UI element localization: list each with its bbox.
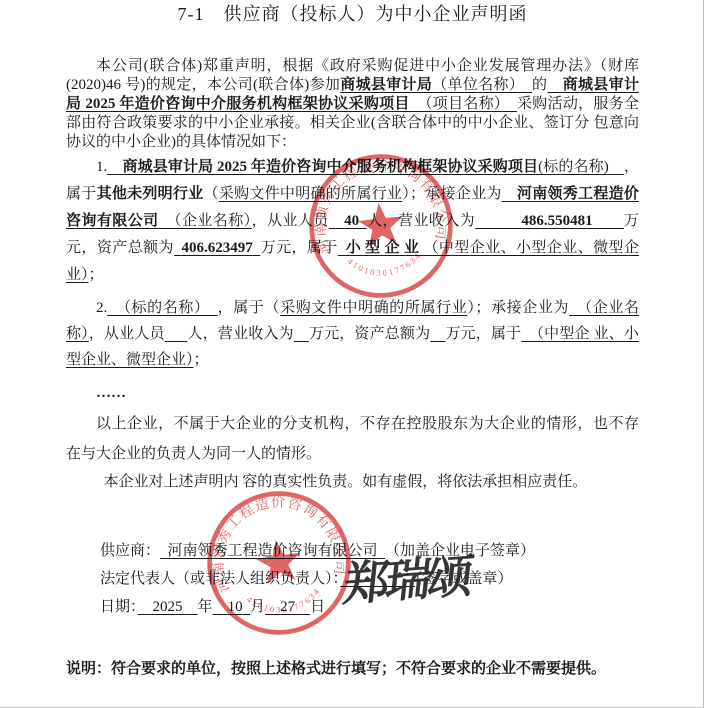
text-segment: ，属于（ xyxy=(218,300,280,316)
legal-representative-signature: 郑瑞颂 xyxy=(341,539,474,614)
text-segment: 日期： xyxy=(100,599,138,615)
text-segment: 486.550481 xyxy=(521,213,592,229)
text-segment: 10 xyxy=(228,599,243,615)
text-segment xyxy=(165,326,188,342)
text-segment: 27 xyxy=(280,599,295,615)
text-segment xyxy=(213,599,228,615)
text-segment: 采购文件中明确的所属行业 xyxy=(280,300,467,316)
text-segment: （项目名称） xyxy=(425,96,502,112)
document-page: 7-1 供应商（投标人）为中小企业声明函 本公司(联合体)郑重声明，根据《政府采… xyxy=(0,0,704,708)
text-segment: 采购文件中明确的所属行业 xyxy=(219,186,402,202)
text-segment: 万元，资产总额为 xyxy=(309,326,430,342)
text-segment: 2025 xyxy=(153,599,183,615)
text-segment xyxy=(547,77,562,93)
text-segment xyxy=(609,159,624,175)
text-segment: ）；承接企业为 xyxy=(402,186,501,202)
text-segment xyxy=(410,96,425,112)
text-segment: （标的名称） xyxy=(107,300,217,316)
text-segment xyxy=(502,96,517,112)
text-segment xyxy=(430,326,445,342)
text-segment: 商城县审计局 2025 年造价咨询中介服务机构框架协议采购项目 xyxy=(122,159,538,175)
text-segment: 1. xyxy=(96,159,107,175)
text-segment: 人，营业收入为 xyxy=(367,213,475,229)
text-segment: (标的名称) xyxy=(538,159,609,175)
text-segment xyxy=(502,186,517,202)
text-segment: ，从业人员 xyxy=(89,326,165,342)
text-segment: 年 xyxy=(198,599,213,615)
text-segment xyxy=(475,213,521,229)
text-segment xyxy=(295,599,310,615)
text-segment: ； xyxy=(89,267,104,283)
ellipsis-line: …… xyxy=(66,383,639,403)
responsibility-paragraph: 本企业对上述声明内 容的真实性负责。如有虚假，将依法承担相应责任。 xyxy=(66,469,639,493)
text-segment: ，从业人员 xyxy=(252,213,329,229)
instruction-note: 说明：符合要求的单位，按照上述格式进行填写；不符合要求的企业不需要提供。 xyxy=(66,659,639,679)
text-segment xyxy=(265,599,280,615)
text-segment xyxy=(160,543,168,559)
text-segment: 的 xyxy=(532,77,547,93)
text-segment: 人，营业收入为 xyxy=(187,326,293,342)
text-segment: 万元，属于 xyxy=(445,326,521,342)
text-segment: 小型企业 xyxy=(345,240,423,256)
text-segment xyxy=(294,326,309,342)
text-segment: 法定代表人（或非法人组织负责人）： xyxy=(100,571,340,587)
no-branch-paragraph: 以上企业，不属于大企业的分支机构，不存在控股股东为大企业的情形，也不存 在与大企… xyxy=(66,409,639,469)
intro-paragraph: 本公司(联合体)郑重声明，根据《政府采购促进中小企业发展管理办法》（财库(202… xyxy=(66,57,639,152)
text-segment: 40 xyxy=(344,213,359,229)
text-segment xyxy=(329,213,344,229)
text-segment xyxy=(593,213,624,229)
text-segment: 供应商： xyxy=(100,543,160,559)
page-title: 7-1 供应商（投标人）为中小企业声明函 xyxy=(66,2,639,26)
text-segment xyxy=(159,213,174,229)
text-segment: 月 xyxy=(250,599,265,615)
text-segment xyxy=(243,599,251,615)
text-segment: 万元，属于 xyxy=(260,240,338,256)
text-segment: 406.623497 xyxy=(181,240,252,256)
text-segment: 商城县审计局 xyxy=(340,77,432,93)
text-segment: 日 xyxy=(310,599,325,615)
text-segment xyxy=(183,599,198,615)
item-1-paragraph: 1. 商城县审计局 2025 年造价咨询中介服务机构框架协议采购项目(标的名称)… xyxy=(66,154,639,289)
text-segment: （企业名称） xyxy=(174,213,252,229)
text-segment: 其他未列明行业 xyxy=(97,186,204,202)
text-segment: ）；承接企业为 xyxy=(467,300,569,316)
item-2-paragraph: 2. （标的名称） ，属于（采购文件中明确的所属行业）；承接企业为 （企业名 称… xyxy=(66,295,639,373)
text-segment xyxy=(359,213,367,229)
text-segment: （ xyxy=(204,186,219,202)
text-segment: ； xyxy=(194,352,209,368)
text-segment: （单位名称） xyxy=(432,77,516,93)
text-segment xyxy=(138,599,153,615)
text-segment xyxy=(517,77,532,93)
text-segment: 2. xyxy=(96,300,107,316)
text-segment xyxy=(107,159,122,175)
